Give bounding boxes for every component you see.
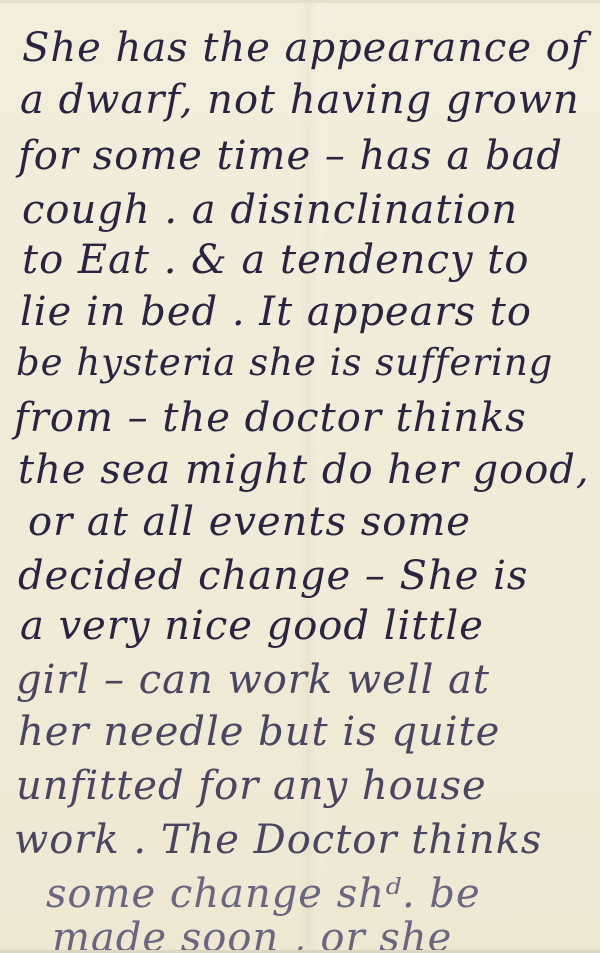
handwritten-line-6: lie in bed . It appears to — [20, 292, 532, 332]
handwritten-line-16: work . The Doctor thinks — [14, 820, 542, 860]
handwritten-line-2: a dwarf, not having grown — [20, 80, 580, 120]
handwritten-line-18: made soon , or she — [52, 918, 452, 953]
handwritten-line-4: cough . a disinclination — [22, 190, 518, 230]
handwritten-line-15: unfitted for any house — [16, 766, 487, 806]
handwritten-line-5: to Eat . & a tendency to — [22, 240, 529, 280]
handwritten-line-10: or at all events some — [28, 502, 471, 542]
handwritten-line-3: for some time – has a bad — [18, 136, 563, 176]
handwritten-line-13: girl – can work well at — [16, 660, 490, 700]
handwritten-line-12: a very nice good little — [20, 606, 484, 646]
handwritten-line-9: the sea might do her good, — [18, 450, 590, 490]
handwritten-line-14: her needle but is quite — [18, 712, 500, 752]
handwritten-line-17: some change shᵈ. be — [46, 874, 481, 914]
handwritten-line-1: She has the appearance of — [22, 28, 587, 68]
handwritten-line-11: decided change – She is — [18, 556, 528, 596]
handwritten-line-7: be hysteria she is suffering — [16, 344, 553, 381]
letter-page: She has the appearance of a dwarf, not h… — [0, 0, 600, 953]
handwritten-line-8: from – the doctor thinks — [14, 398, 527, 438]
